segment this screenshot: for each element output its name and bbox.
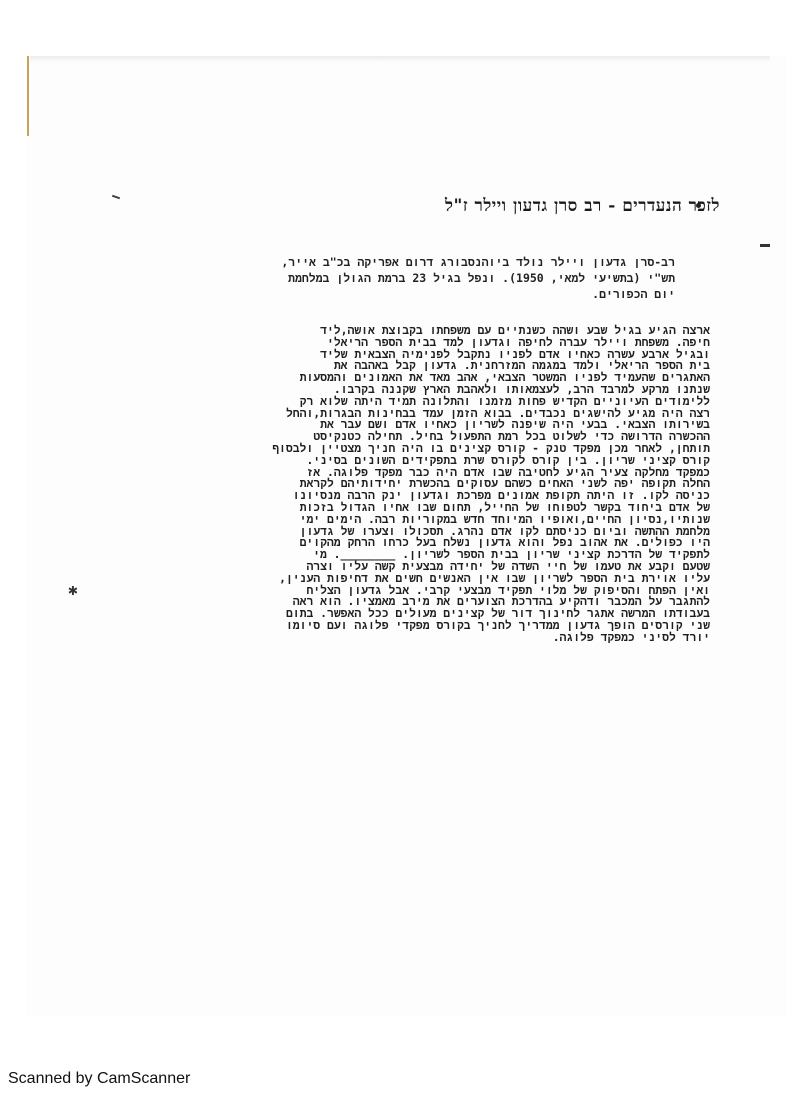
page-top-shadow [30,56,770,62]
scanner-watermark: Scanned by CamScanner [8,1070,190,1088]
body-paragraph: ארצה הגיע בגיל שבע ושהה כשנתיים עם משפחת… [100,325,710,644]
intro-line: תש"י (בתשיעי למאי, 1950). ונפל בגיל 23 ב… [155,270,675,286]
page-edge-mark [27,56,29,136]
intro-line: רב-סרן גדעון ויילר נולד ביוהנסבורג דרום … [155,254,675,270]
ink-smudge: ✱ [68,580,78,599]
document-title: לזכר הנעדרים - רב סרן גדעון ויילר ז"ל [240,196,720,226]
body-line: יורד לסיני כמפקד פלוגה. [100,632,710,644]
intro-line: יום הכפורים. [155,286,675,302]
intro-paragraph: רב-סרן גדעון ויילר נולד ביוהנסבורג דרום … [155,254,675,302]
stray-mark [760,244,770,247]
